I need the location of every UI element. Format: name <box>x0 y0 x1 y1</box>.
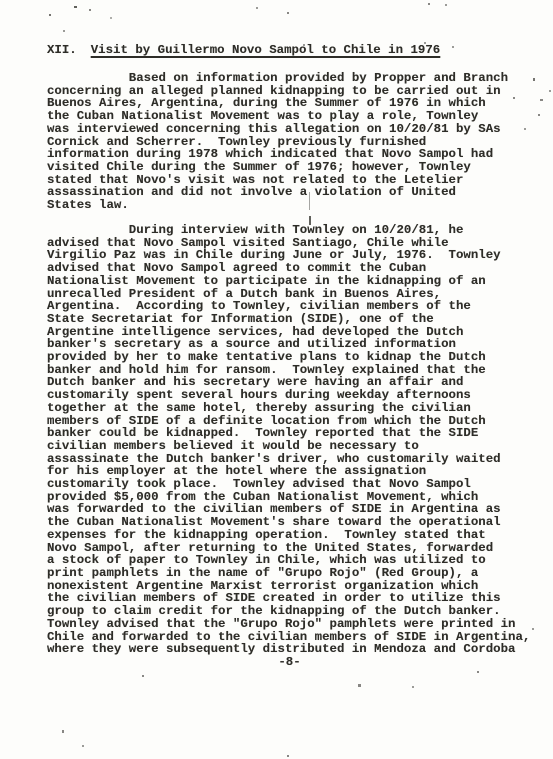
section-title: Visit by Guillermo Novo Sampol to Chile … <box>91 44 440 57</box>
scan-fold-mark <box>309 216 311 225</box>
scan-speck <box>89 9 91 11</box>
section-heading: XII. Visit by Guillermo Novo Sampol to C… <box>47 44 440 57</box>
scan-speck <box>445 4 447 6</box>
scan-speck <box>549 90 551 92</box>
scan-speck <box>256 7 258 9</box>
scan-speck <box>428 3 430 5</box>
scan-speck <box>538 114 540 116</box>
section-number: XII. <box>47 44 77 57</box>
scan-speck <box>412 686 414 688</box>
scan-speck <box>287 12 289 14</box>
scan-speck <box>142 675 144 677</box>
scan-speck <box>524 128 526 130</box>
scan-fold-mark <box>309 192 310 210</box>
scan-speck <box>303 44 305 46</box>
scanned-document-page: XII. Visit by Guillermo Novo Sampol to C… <box>0 0 553 759</box>
scan-speck <box>110 17 112 19</box>
paragraph-2: During interview with Townley on 10/20/8… <box>47 224 530 656</box>
page-number: -8- <box>0 656 553 669</box>
scan-speck <box>63 30 65 32</box>
paragraph-1: Based on information provided by Propper… <box>47 72 508 212</box>
scan-speck <box>532 628 534 630</box>
scan-speck <box>477 671 479 673</box>
scan-speck <box>82 745 84 747</box>
scan-speck <box>424 42 426 44</box>
scan-speck <box>358 684 361 687</box>
scan-speck <box>533 78 535 81</box>
scan-speck <box>287 755 289 757</box>
scan-speck <box>74 6 77 8</box>
scan-speck <box>513 97 515 99</box>
scan-speck <box>540 99 543 101</box>
scan-speck <box>452 46 454 48</box>
scan-speck <box>49 14 51 16</box>
scan-speck <box>62 730 64 733</box>
